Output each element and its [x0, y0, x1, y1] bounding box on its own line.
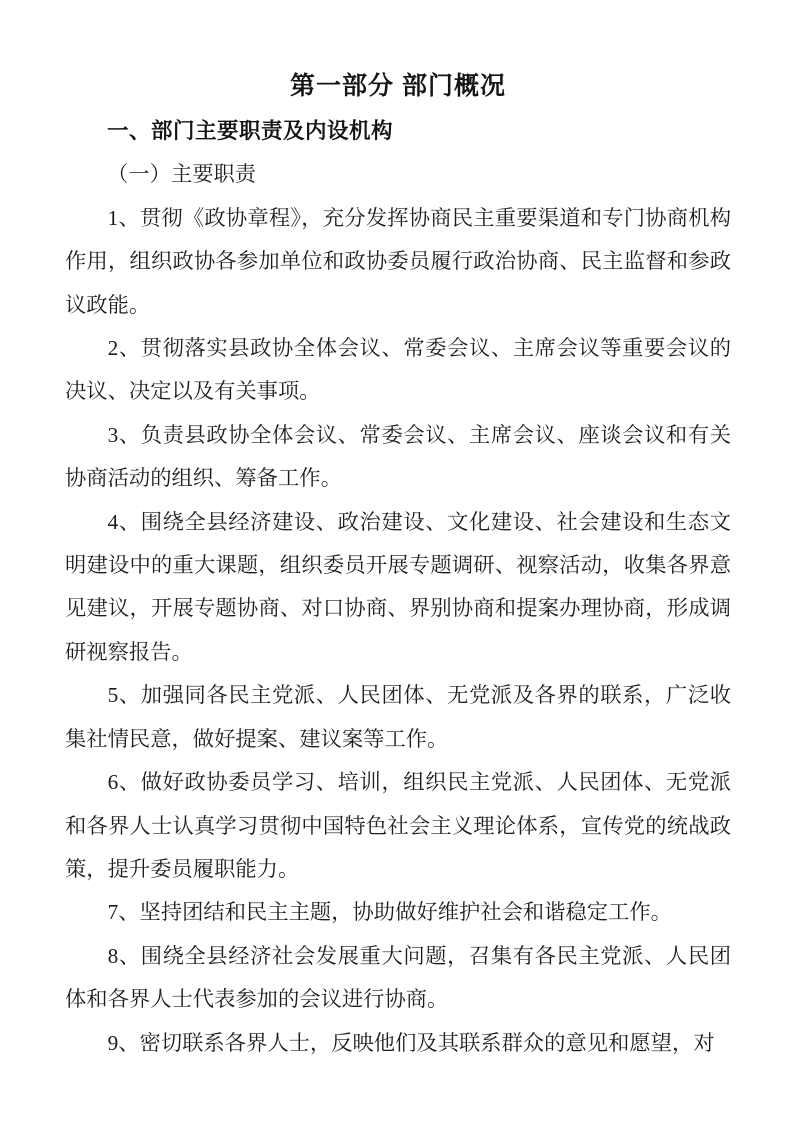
- paragraph-duty-3: 3、负责县政协全体会议、常委会议、主席会议、座谈会议和有关协商活动的组织、筹备工…: [65, 414, 731, 501]
- document-page: 第一部分 部门概况 一、部门主要职责及内设机构 （一）主要职责 1、贯彻《政协章…: [0, 0, 793, 1122]
- paragraph-duty-1: 1、贯彻《政协章程》，充分发挥协商民主重要渠道和专门协商机构作用，组织政协各参加…: [65, 197, 731, 327]
- paragraph-duty-8: 8、围绕全县经济社会发展重大问题，召集有各民主党派、人民团体和各界人士代表参加的…: [65, 935, 731, 1022]
- document-title: 第一部分 部门概况: [65, 62, 731, 110]
- section-heading-main-duties-and-structure: 一、部门主要职责及内设机构: [65, 110, 731, 153]
- paragraph-duty-7: 7、坚持团结和民主主题，协助做好维护社会和谐稳定工作。: [65, 891, 731, 934]
- subsection-heading-main-duties: （一）主要职责: [65, 153, 731, 196]
- paragraph-duty-2: 2、贯彻落实县政协全体会议、常委会议、主席会议等重要会议的决议、决定以及有关事项…: [65, 327, 731, 414]
- paragraph-duty-4: 4、围绕全县经济建设、政治建设、文化建设、社会建设和生态文明建设中的重大课题，组…: [65, 501, 731, 675]
- paragraph-duty-9-truncated: 9、密切联系各界人士，反映他们及其联系群众的意见和愿望，对: [65, 1022, 731, 1065]
- paragraph-duty-6: 6、做好政协委员学习、培训，组织民主党派、人民团体、无党派和各界人士认真学习贯彻…: [65, 761, 731, 891]
- paragraph-duty-5: 5、加强同各民主党派、人民团体、无党派及各界的联系，广泛收集社情民意，做好提案、…: [65, 674, 731, 761]
